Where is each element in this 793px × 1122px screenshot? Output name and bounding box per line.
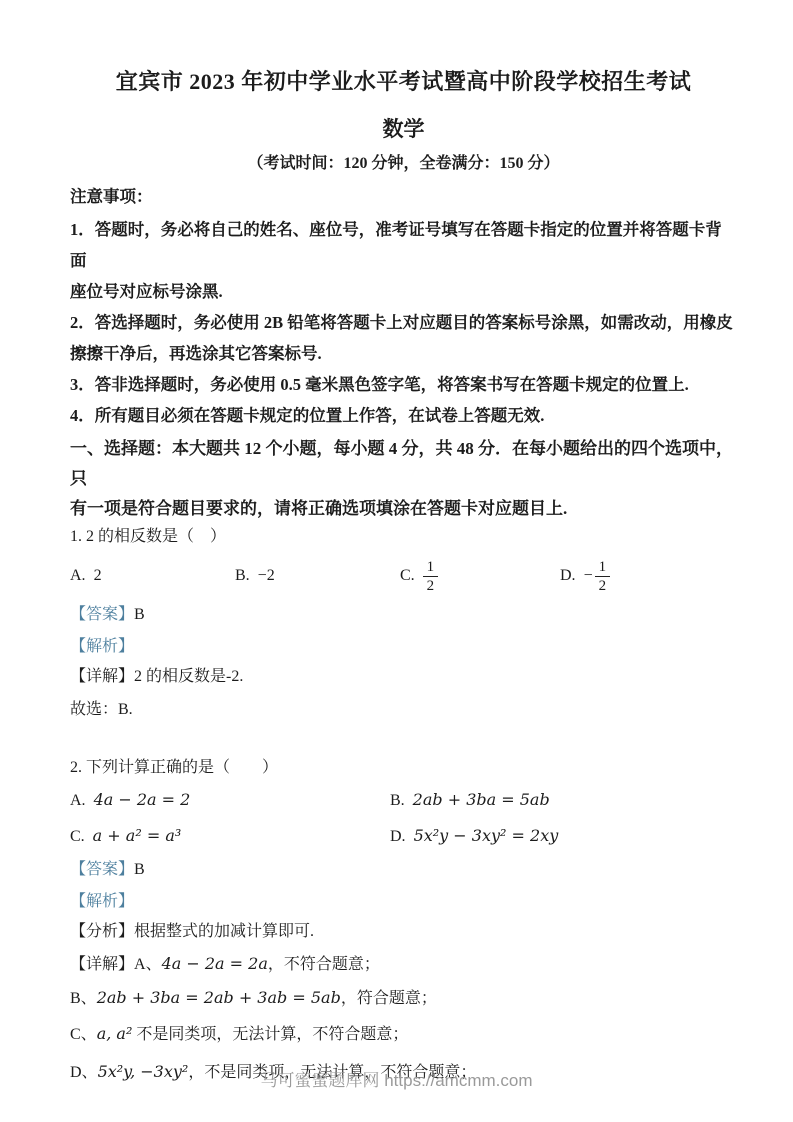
q1-options-row: A.2 B.−2 C.12 D.−12 bbox=[70, 554, 737, 598]
q1-detail-line: 【详解】2 的相反数是-2. bbox=[70, 666, 737, 688]
exam-paper-page: 宜宾市 2023 年初中学业水平考试暨高中阶段学校招生考试 数学 （考试时间：1… bbox=[0, 0, 793, 1122]
q1-answer-value: B bbox=[134, 606, 145, 623]
q2-option-d: D.5x²y − 3xy² = 2xy bbox=[390, 823, 737, 850]
fraction-denominator: 2 bbox=[423, 577, 439, 595]
q2-method-text: 根据整式的加减计算即可. bbox=[134, 923, 314, 940]
q2-detail-b-suffix: ，符合题意； bbox=[341, 990, 437, 1007]
q1-conclusion-line: 故选：B. bbox=[70, 699, 737, 721]
notice-line-1: 1．答题时，务必将自己的姓名、座位号，准考证号填写在答题卡指定的位置并将答题卡背… bbox=[70, 214, 737, 276]
q2-detail-line-b: B、2ab + 3ba = 2ab + 3ab = 5ab，符合题意； bbox=[70, 987, 737, 1010]
analysis-marker: 【解析】 bbox=[70, 638, 134, 655]
subject-title: 数学 bbox=[70, 114, 737, 144]
fraction-denominator: 2 bbox=[595, 577, 611, 595]
q1-option-c: C.12 bbox=[400, 558, 560, 595]
site-credit: 马可蜜蜜题库网 https://amcmm.com bbox=[0, 1066, 793, 1091]
notice-line-3: 2．答选择题时，务必使用 2B 铅笔将答题卡上对应题目的答案标号涂黑，如需改动，… bbox=[70, 307, 737, 338]
detail-marker: 【详解】 bbox=[70, 956, 134, 973]
q2-analysis-line: 【解析】 bbox=[70, 891, 737, 913]
q2-detail-c-math: a, a² bbox=[97, 1024, 133, 1043]
q2-detail-line-a: 【详解】A、4a − 2a = 2a，不符合题意； bbox=[70, 953, 737, 976]
q2-detail-c-suffix: 不是同类项，无法计算，不符合题意； bbox=[132, 1026, 408, 1043]
q1-stem: 1. 2 的相反数是（ ） bbox=[70, 526, 737, 548]
q2-option-b-math: 2ab + 3ba = 5ab bbox=[413, 790, 550, 809]
minus-sign: − bbox=[584, 567, 593, 584]
q2-option-b-label: B. bbox=[390, 792, 405, 809]
detail-marker: 【详解】 bbox=[70, 668, 134, 685]
q2-option-c-math: a + a² = a³ bbox=[93, 826, 182, 845]
fraction-numerator: 1 bbox=[423, 558, 439, 577]
q1-option-a: A.2 bbox=[70, 567, 235, 585]
q1-option-b-label: B. bbox=[235, 567, 250, 584]
q1-analysis-line: 【解析】 bbox=[70, 636, 737, 658]
q2-option-d-label: D. bbox=[390, 828, 406, 845]
notice-heading: 注意事项： bbox=[70, 185, 737, 209]
q2-option-c-label: C. bbox=[70, 828, 85, 845]
q2-method-line: 【分析】根据整式的加减计算即可. bbox=[70, 921, 737, 943]
q2-option-c: C.a + a² = a³ bbox=[70, 823, 390, 850]
q1-answer-line: 【答案】B bbox=[70, 604, 737, 626]
method-marker: 【分析】 bbox=[70, 923, 134, 940]
answer-marker: 【答案】 bbox=[70, 606, 134, 623]
section-heading-line-2: 有一项是符合题目要求的，请将正确选项填涂在答题卡对应题目上. bbox=[70, 494, 737, 524]
q2-option-d-math: 5x²y − 3xy² = 2xy bbox=[414, 826, 559, 845]
q2-detail-c-prefix: C、 bbox=[70, 1026, 97, 1043]
q1-option-b: B.−2 bbox=[235, 567, 400, 585]
q2-detail-line-c: C、a, a² 不是同类项，无法计算，不符合题意； bbox=[70, 1023, 737, 1046]
q2-option-b: B.2ab + 3ba = 5ab bbox=[390, 787, 737, 814]
q2-detail-a-prefix: A、 bbox=[134, 956, 162, 973]
q2-option-a-label: A. bbox=[70, 792, 86, 809]
q2-stem: 2. 下列计算正确的是（ ） bbox=[70, 757, 737, 779]
q2-option-a: A.4a − 2a = 2 bbox=[70, 787, 390, 814]
q1-option-b-value: −2 bbox=[258, 567, 275, 584]
q1-option-d-fraction: 12 bbox=[595, 558, 611, 595]
answer-marker: 【答案】 bbox=[70, 861, 134, 878]
section-heading-line-1: 一、选择题：本大题共 12 个小题，每小题 4 分，共 48 分．在每小题给出的… bbox=[70, 434, 737, 494]
q1-option-a-label: A. bbox=[70, 567, 86, 584]
q1-option-d: D.−12 bbox=[560, 558, 737, 595]
q2-detail-a-math: 4a − 2a = 2a bbox=[162, 954, 268, 973]
fraction-numerator: 1 bbox=[595, 558, 611, 577]
notice-line-2: 座位号对应标号涂黑. bbox=[70, 276, 737, 307]
q2-answer-value: B bbox=[134, 861, 145, 878]
q1-option-c-fraction: 12 bbox=[423, 558, 439, 595]
q2-detail-a-suffix: ，不符合题意； bbox=[268, 956, 380, 973]
q2-detail-b-math: 2ab + 3ba = 2ab + 3ab = 5ab bbox=[97, 988, 341, 1007]
page-title: 宜宾市 2023 年初中学业水平考试暨高中阶段学校招生考试 bbox=[70, 66, 737, 98]
q1-option-c-label: C. bbox=[400, 567, 415, 584]
notice-line-5: 3．答非选择题时，务必使用 0.5 毫米黑色签字笔，将答案书写在答题卡规定的位置… bbox=[70, 369, 737, 400]
q2-answer-line: 【答案】B bbox=[70, 859, 737, 881]
q1-detail-text: 2 的相反数是-2. bbox=[134, 668, 243, 685]
notice-line-4: 擦擦干净后，再选涂其它答案标号. bbox=[70, 338, 737, 369]
page-content: 宜宾市 2023 年初中学业水平考试暨高中阶段学校招生考试 数学 （考试时间：1… bbox=[0, 66, 793, 1084]
q2-option-a-math: 4a − 2a = 2 bbox=[94, 790, 191, 809]
q2-options-grid: A.4a − 2a = 2 B.2ab + 3ba = 5ab C.a + a²… bbox=[70, 787, 737, 850]
q1-option-a-value: 2 bbox=[94, 567, 102, 584]
q2-detail-b-prefix: B、 bbox=[70, 990, 97, 1007]
notice-line-6: 4．所有题目必须在答题卡规定的位置上作答，在试卷上答题无效. bbox=[70, 400, 737, 431]
exam-info: （考试时间：120 分钟，全卷满分：150 分） bbox=[70, 152, 737, 176]
analysis-marker: 【解析】 bbox=[70, 893, 134, 910]
q1-option-d-label: D. bbox=[560, 567, 576, 584]
